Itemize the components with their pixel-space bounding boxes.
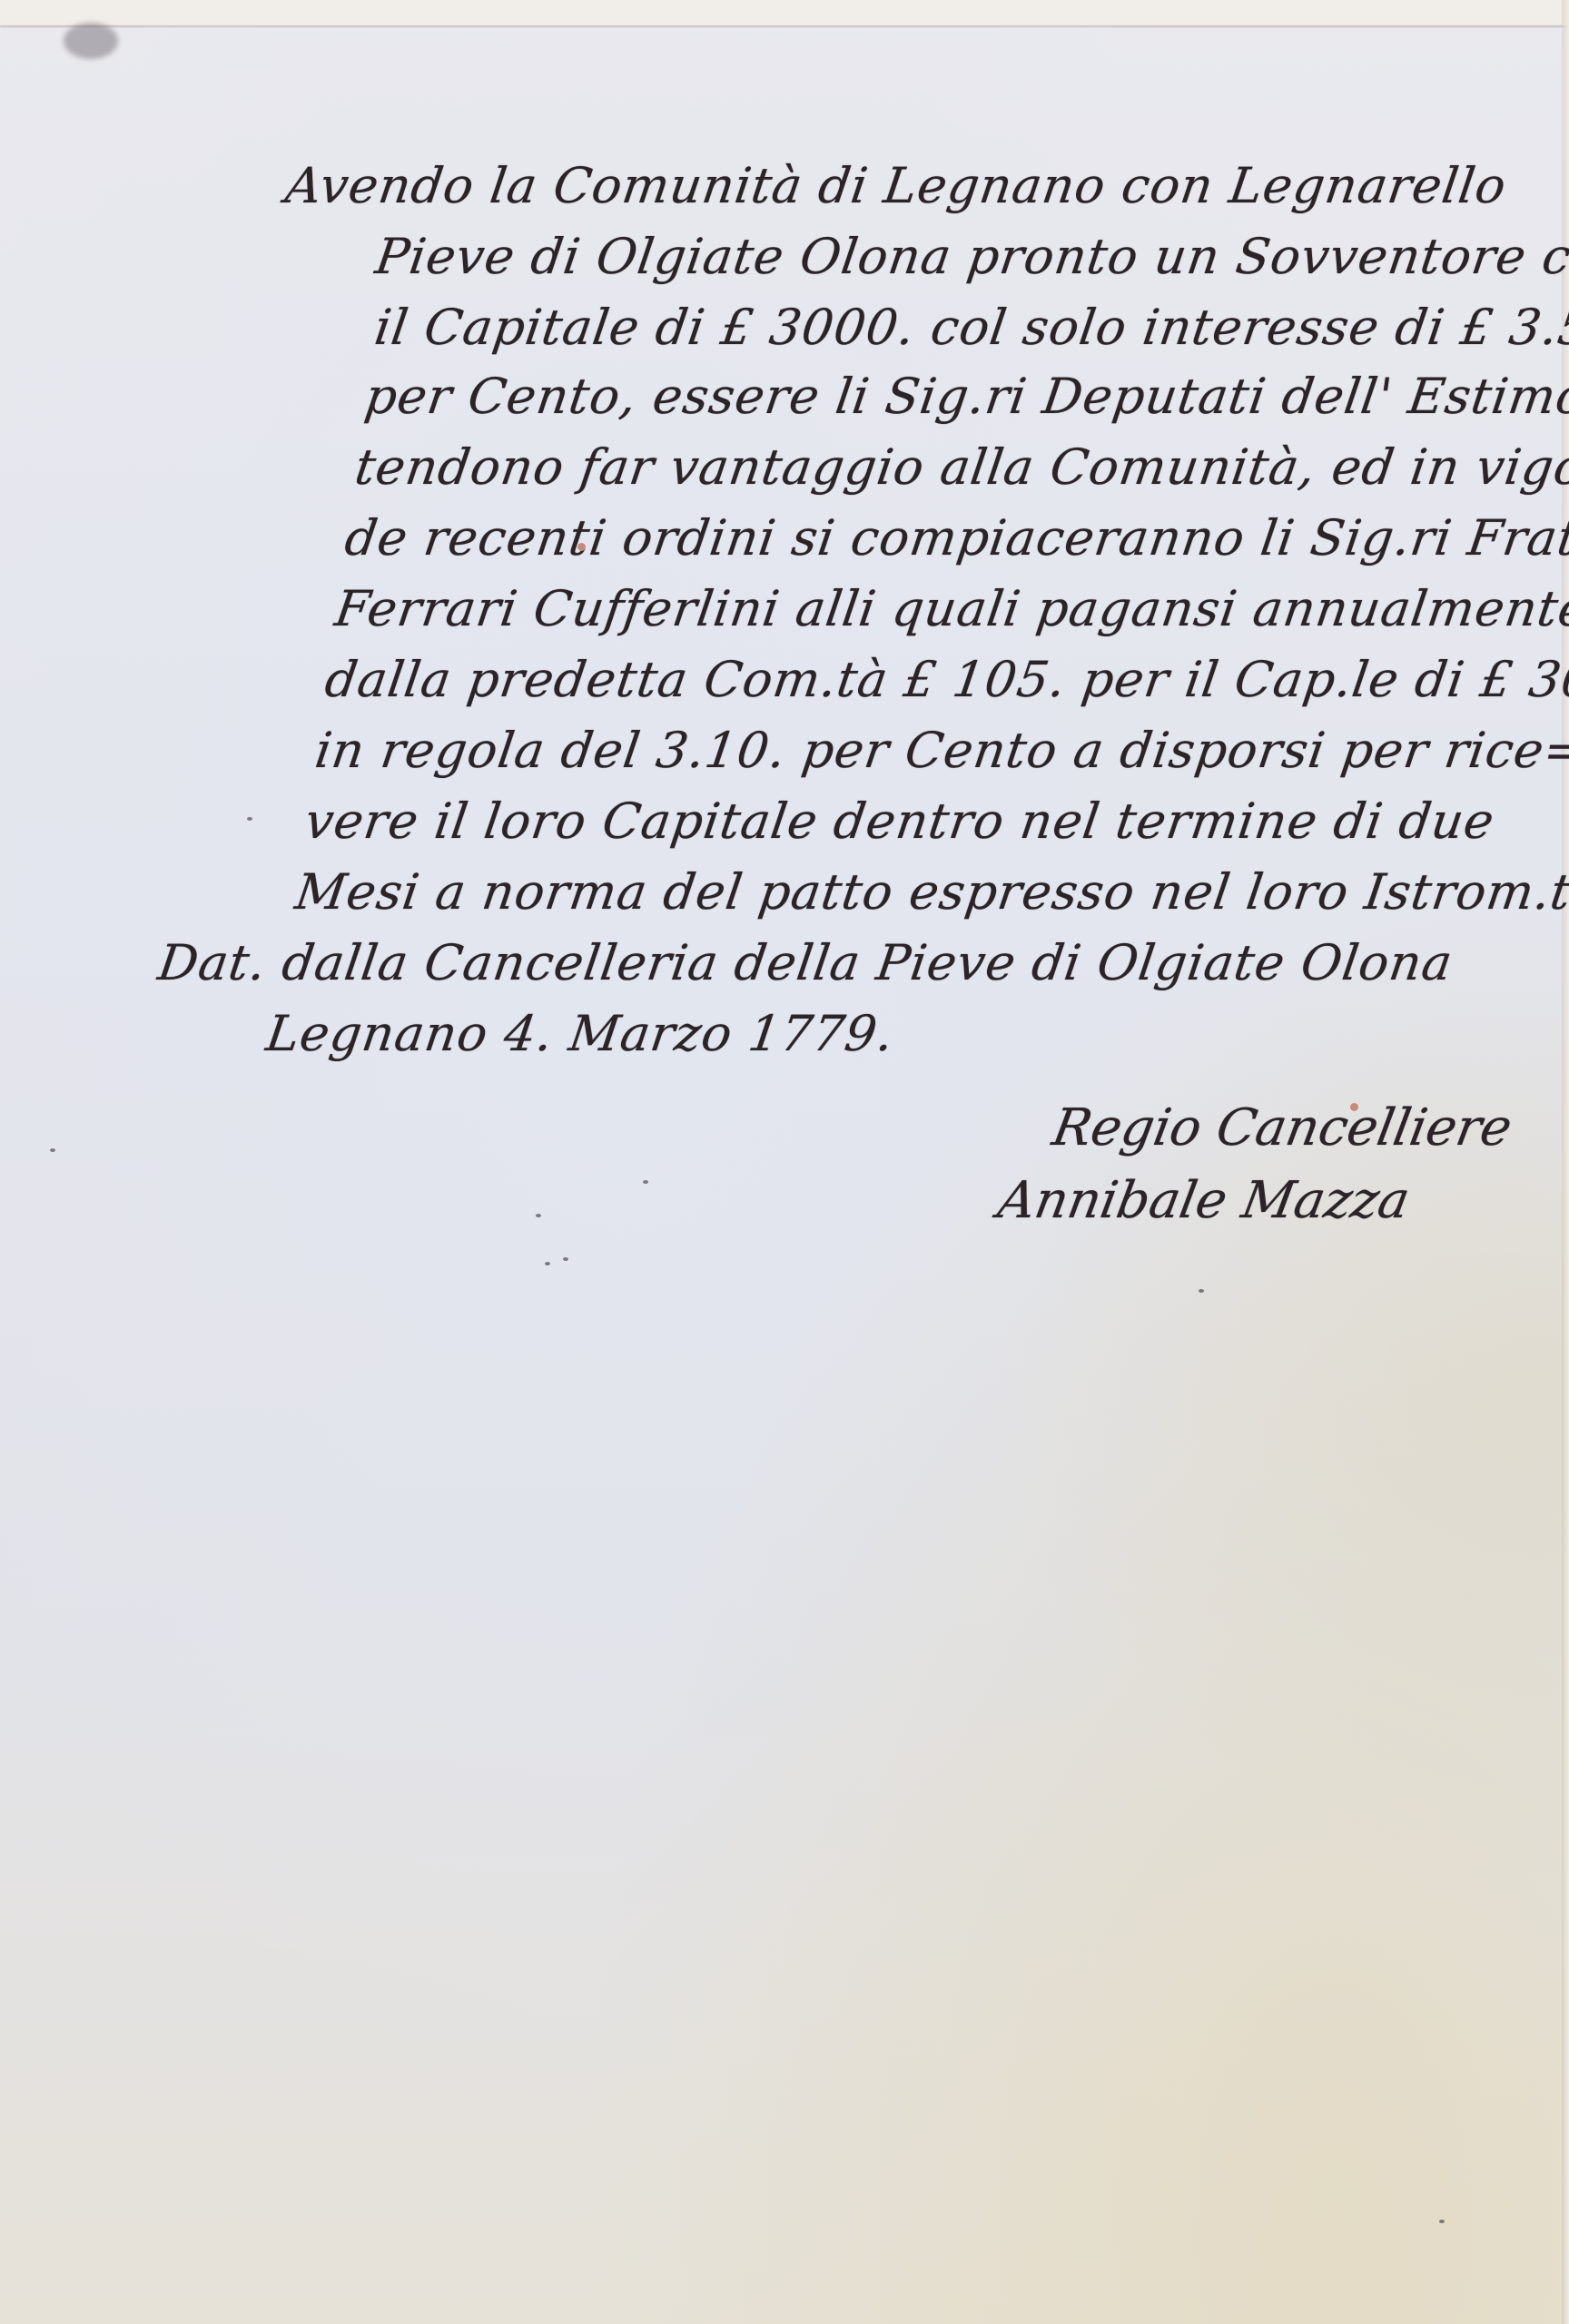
signature-title: Regio Cancelliere: [1048, 1098, 1516, 1157]
ink-speck: [536, 1214, 541, 1217]
body-line: Avendo la Comunità di Legnano con Legnar…: [281, 154, 1510, 218]
signature-name: Annibale Mazza: [993, 1171, 1414, 1230]
body-line: in regola del 3.10. per Cento a disporsi…: [311, 719, 1569, 783]
ink-speck: [1439, 2220, 1445, 2223]
ink-speck: [563, 1257, 568, 1261]
torn-top-edge: [0, 0, 1569, 27]
ink-speck: [545, 1262, 550, 1265]
body-line: vere il loro Capitale dentro nel termine…: [301, 790, 1499, 853]
ink-speck: [50, 1148, 55, 1152]
body-line: il Capitale di £ 3000. col solo interess…: [370, 296, 1569, 359]
body-line: Ferrari Cufferlini alli quali pagansi an…: [331, 577, 1569, 641]
body-line: de recenti ordini si compiaceranno li Si…: [341, 507, 1569, 570]
ink-speck: [1199, 1289, 1204, 1293]
body-line: Pieve di Olgiate Olona pronto un Sovvent…: [371, 225, 1569, 289]
dating-line: Dat. dalla Cancelleria della Pieve di Ol…: [154, 931, 1456, 995]
place-date-line: Legnano 4. Marzo 1779.: [262, 1002, 898, 1066]
body-line: dalla predetta Com.tà £ 105. per il Cap.…: [321, 648, 1569, 712]
manuscript-page: Avendo la Comunità di Legnano con Legnar…: [0, 0, 1569, 2324]
body-line: Mesi a norma del patto espresso nel loro…: [291, 861, 1569, 924]
ink-speck: [247, 817, 252, 821]
body-line: tendono far vantaggio alla Comunità, ed …: [351, 436, 1569, 499]
red-ink-dot: [1350, 1103, 1358, 1111]
red-ink-dot: [577, 543, 586, 551]
body-line: per Cento, essere li Sig.ri Deputati del…: [361, 365, 1569, 428]
ink-speck: [643, 1180, 648, 1184]
ink-stain: [64, 23, 118, 59]
